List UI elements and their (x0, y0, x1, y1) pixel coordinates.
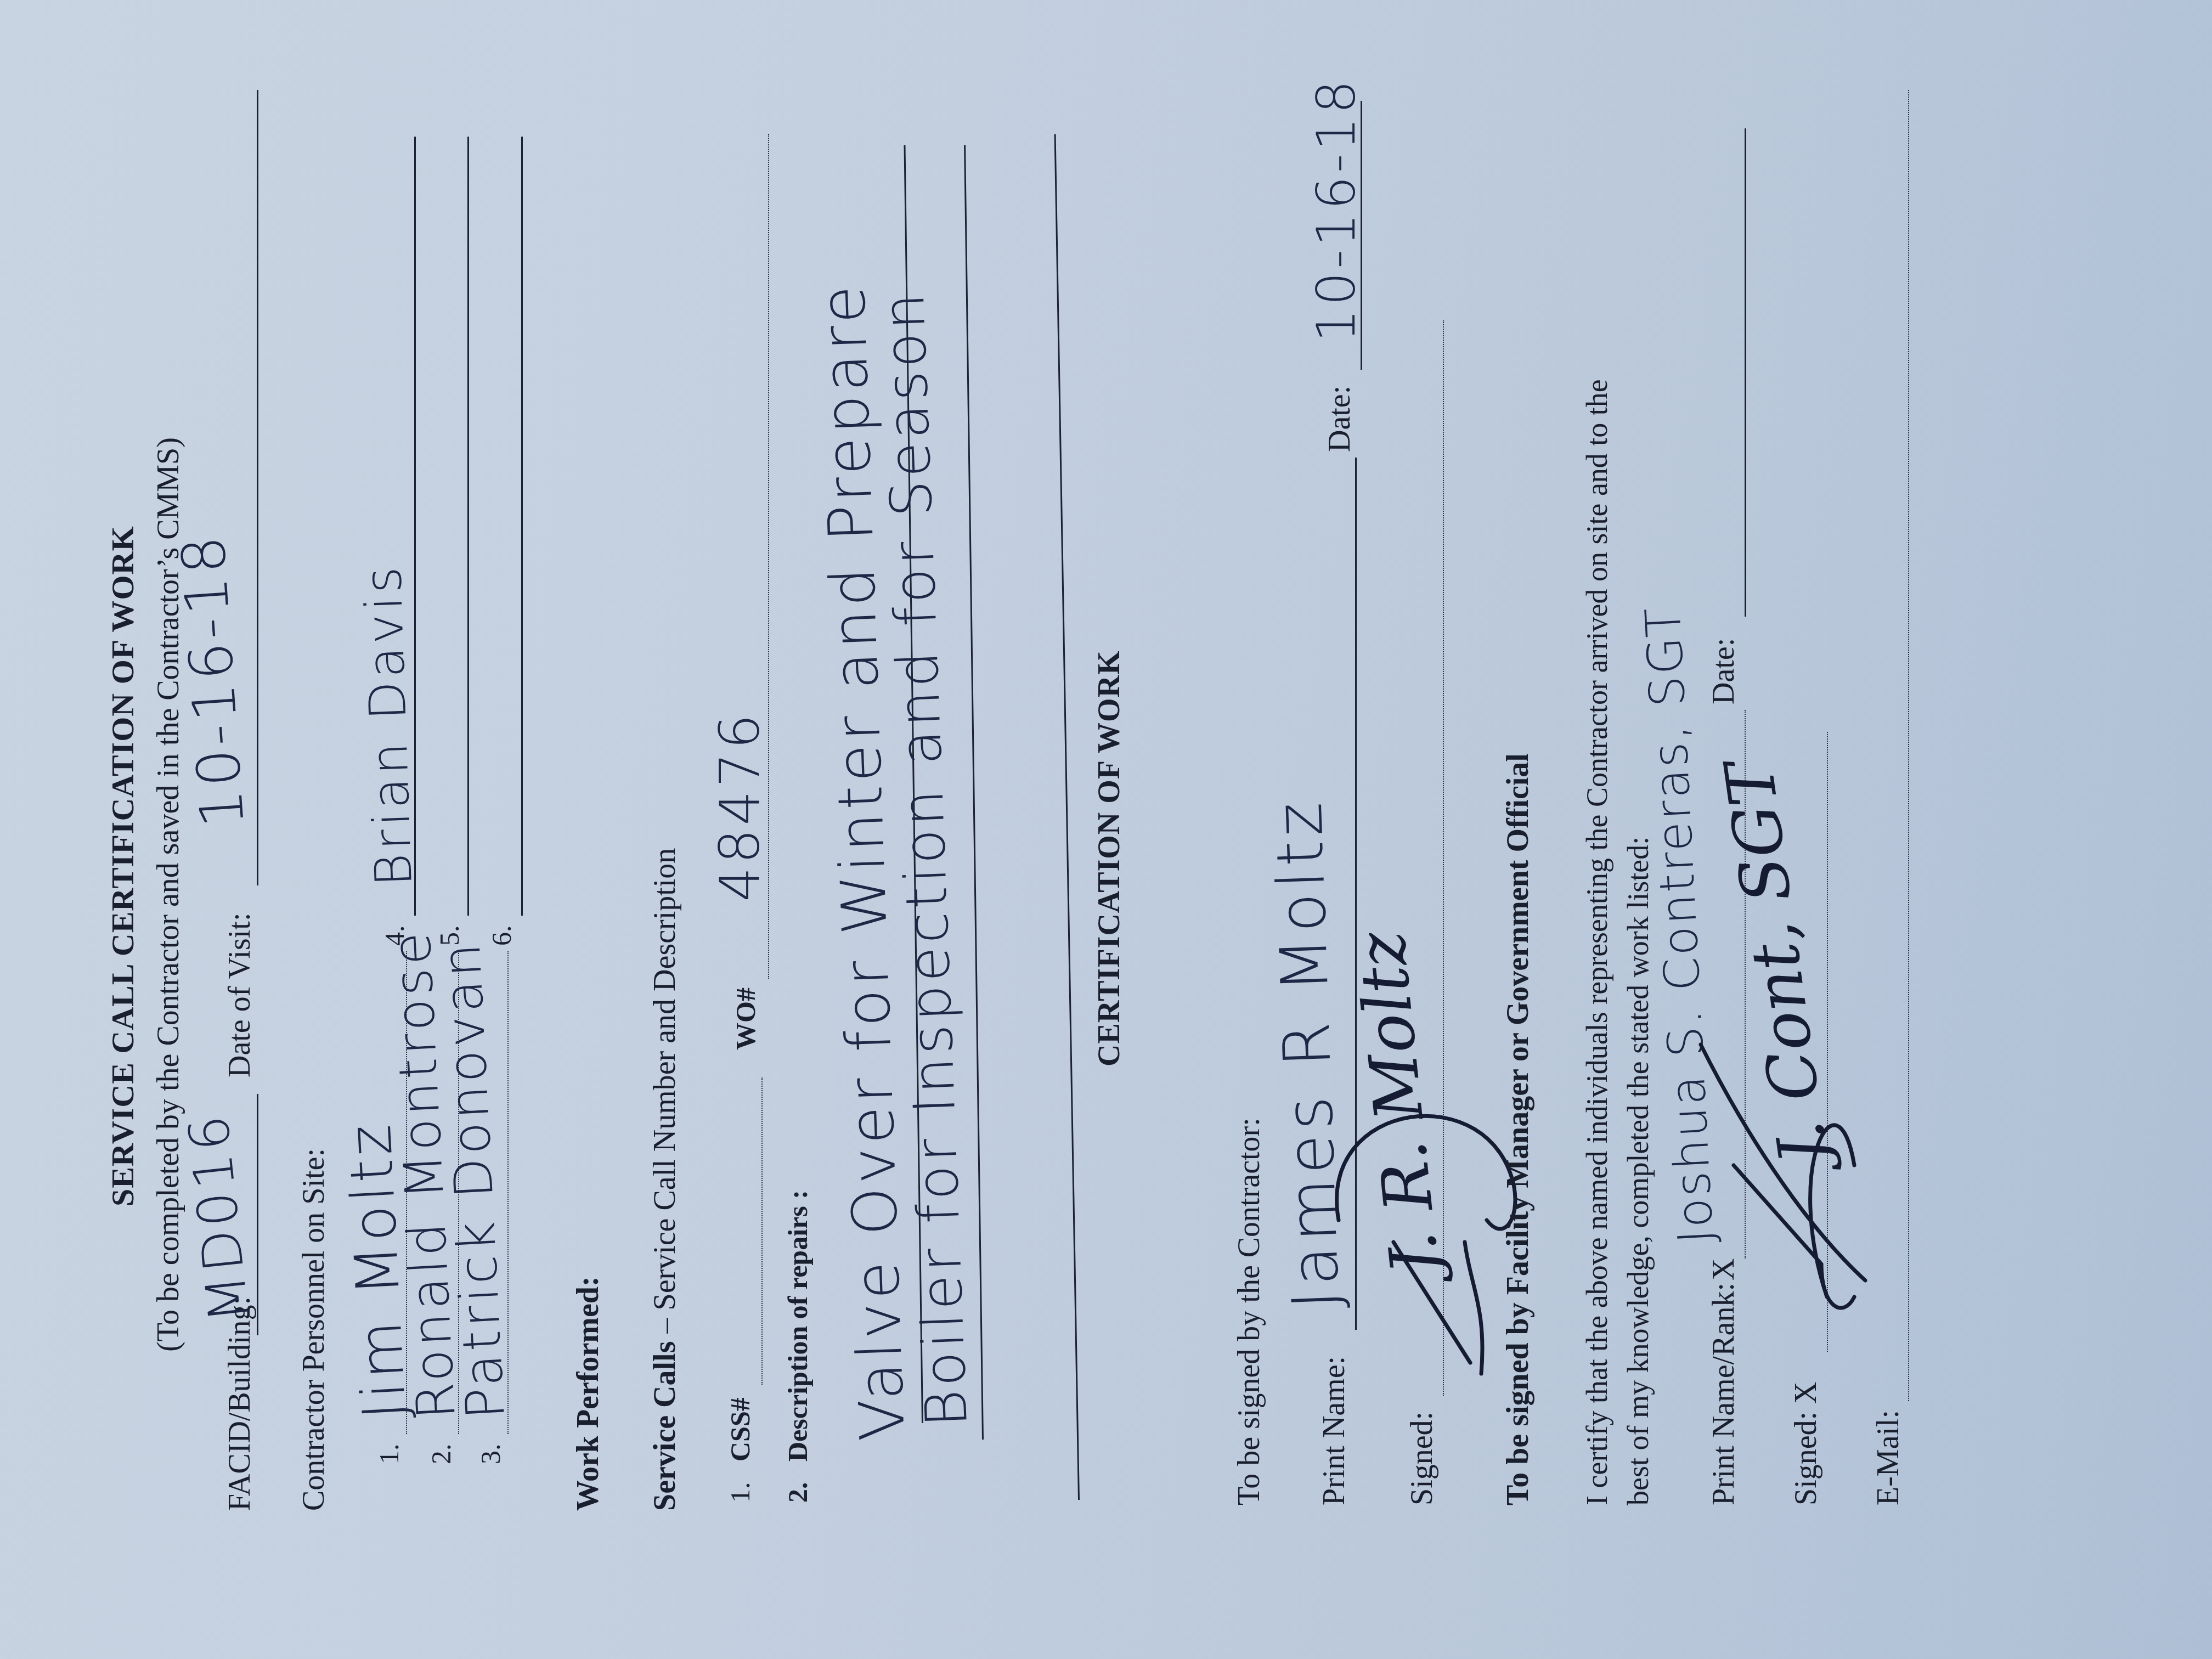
print-rank-prefix: X (1706, 1259, 1741, 1280)
css-item-num: 1. (724, 1482, 756, 1503)
personnel-num-3: 3. (475, 1444, 506, 1465)
print-name-label: Print Name: (1317, 1356, 1352, 1505)
print-name-value[interactable]: James R Moltz (1261, 797, 1354, 1310)
print-name-field[interactable] (1355, 458, 1357, 1330)
certification-heading: CERTIFICATION OF WORK (1092, 650, 1127, 1066)
personnel-num-5: 5. (433, 926, 465, 946)
css-field[interactable] (761, 1077, 763, 1385)
personnel-name-4[interactable]: Brian Davis (354, 563, 424, 888)
work-performed-label: Work Performed: (571, 1276, 606, 1511)
facid-label: FACID/Building: (222, 1296, 257, 1511)
personnel-num-2: 2. (425, 1444, 457, 1465)
repairs-item-num: 2. (782, 1482, 814, 1503)
certify-text-1: I certify that the above named individua… (1580, 379, 1614, 1505)
certify-text-2: best of my knowledge, completed the stat… (1621, 837, 1655, 1505)
personnel-field-5[interactable] (467, 137, 469, 916)
print-rank-date-field[interactable] (1745, 128, 1746, 617)
signed-x-label: Signed: X (1788, 1381, 1824, 1505)
date-of-visit-field[interactable] (257, 90, 258, 885)
official-signature[interactable]: J. Cont, SGT (1711, 757, 1843, 1169)
wo-label: WO# (730, 988, 761, 1050)
form-title: SERVICE CALL CERTIFICATION OF WORK (104, 526, 141, 1206)
email-field[interactable] (1908, 90, 1909, 1401)
service-calls-label: Service Calls (648, 1341, 682, 1511)
service-calls-heading: Service Calls – Service Call Number and … (647, 848, 682, 1511)
official-sign-label: To be signed by Facility Manager or Gove… (1500, 753, 1536, 1505)
official-label-prefix: To be signed by (1501, 1295, 1535, 1505)
signed-label: Signed: (1404, 1412, 1440, 1505)
print-rank-date-label: Date: (1706, 638, 1741, 704)
personnel-label: Contractor Personnel on Site: (296, 1148, 331, 1511)
repairs-line-3[interactable] (1054, 134, 1080, 1500)
service-calls-desc: – Service Call Number and Description (648, 848, 682, 1341)
cert-date-label: Date: (1322, 386, 1357, 452)
personnel-field-6[interactable] (521, 137, 523, 916)
contractor-signature[interactable]: J. R. Moltz (1343, 928, 1455, 1278)
date-of-visit-label: Date of Visit: (222, 913, 257, 1077)
facid-value[interactable]: MD016 (176, 1109, 262, 1325)
print-rank-label: Print Name/Rank: (1706, 1283, 1741, 1505)
repairs-label: Description of repairs : (782, 1190, 814, 1462)
service-call-form: SERVICE CALL CERTIFICATION OF WORK (To b… (0, 0, 2212, 1659)
personnel-num-1: 1. (373, 1444, 405, 1465)
contractor-sign-label: To be signed by the Contractor: (1232, 1118, 1267, 1505)
personnel-num-6: 6. (486, 926, 517, 946)
personnel-num-4: 4. (379, 926, 410, 946)
css-label: CSS# (724, 1397, 756, 1462)
email-label: E-Mail: (1871, 1410, 1906, 1505)
official-label-bold: Facility Manager or Government Official (1501, 753, 1535, 1295)
cert-date-value[interactable]: 10-16-18 (1306, 77, 1367, 342)
wo-value[interactable]: 48476 (708, 711, 772, 902)
signed-x-field[interactable] (1827, 732, 1828, 1352)
